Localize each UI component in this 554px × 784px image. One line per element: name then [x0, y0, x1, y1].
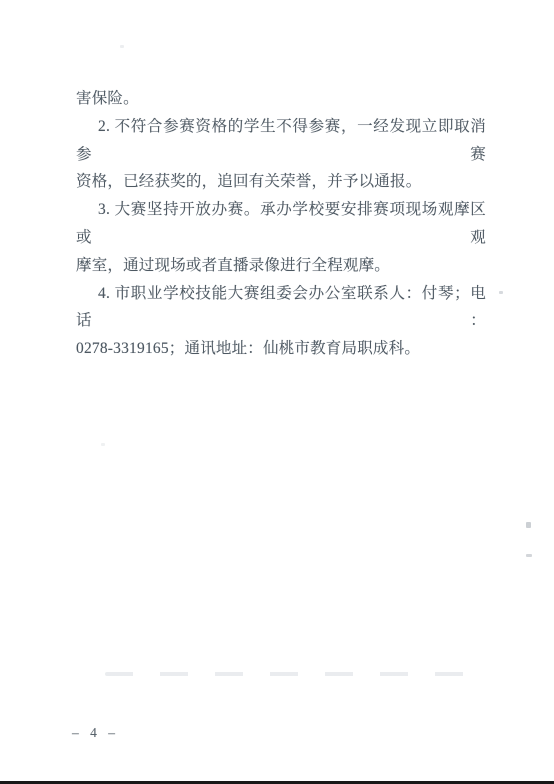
- scan-artifact: [101, 443, 105, 446]
- body-line-item3-start: 3. 大赛坚持开放办赛。承办学校要安排赛项现场观摩区或观: [76, 196, 486, 252]
- document-page: 害保险。 2. 不符合参赛资格的学生不得参赛，一经发现立即取消参赛 资格，已经获…: [0, 0, 554, 784]
- scan-artifact: [120, 45, 124, 48]
- page-bleed-through-mark: [105, 672, 480, 676]
- body-line-item4-start: 4. 市职业学校技能大赛组委会办公室联系人：付琴；电话：: [76, 280, 486, 336]
- document-body: 害保险。 2. 不符合参赛资格的学生不得参赛，一经发现立即取消参赛 资格，已经获…: [76, 85, 486, 363]
- body-line-item4-end: 0278-3319165；通讯地址：仙桃市教育局职成科。: [76, 335, 486, 363]
- body-line-item2-start: 2. 不符合参赛资格的学生不得参赛，一经发现立即取消参赛: [76, 113, 486, 169]
- scan-artifact: [526, 554, 532, 557]
- scan-artifact: [526, 522, 531, 528]
- body-line-item3-end: 摩室，通过现场或者直播录像进行全程观摩。: [76, 252, 486, 280]
- page-number: – 4 –: [72, 725, 119, 741]
- body-line-continuation: 害保险。: [76, 85, 486, 113]
- body-line-item2-end: 资格，已经获奖的，追回有关荣誉，并予以通报。: [76, 168, 486, 196]
- scan-artifact: [499, 291, 503, 294]
